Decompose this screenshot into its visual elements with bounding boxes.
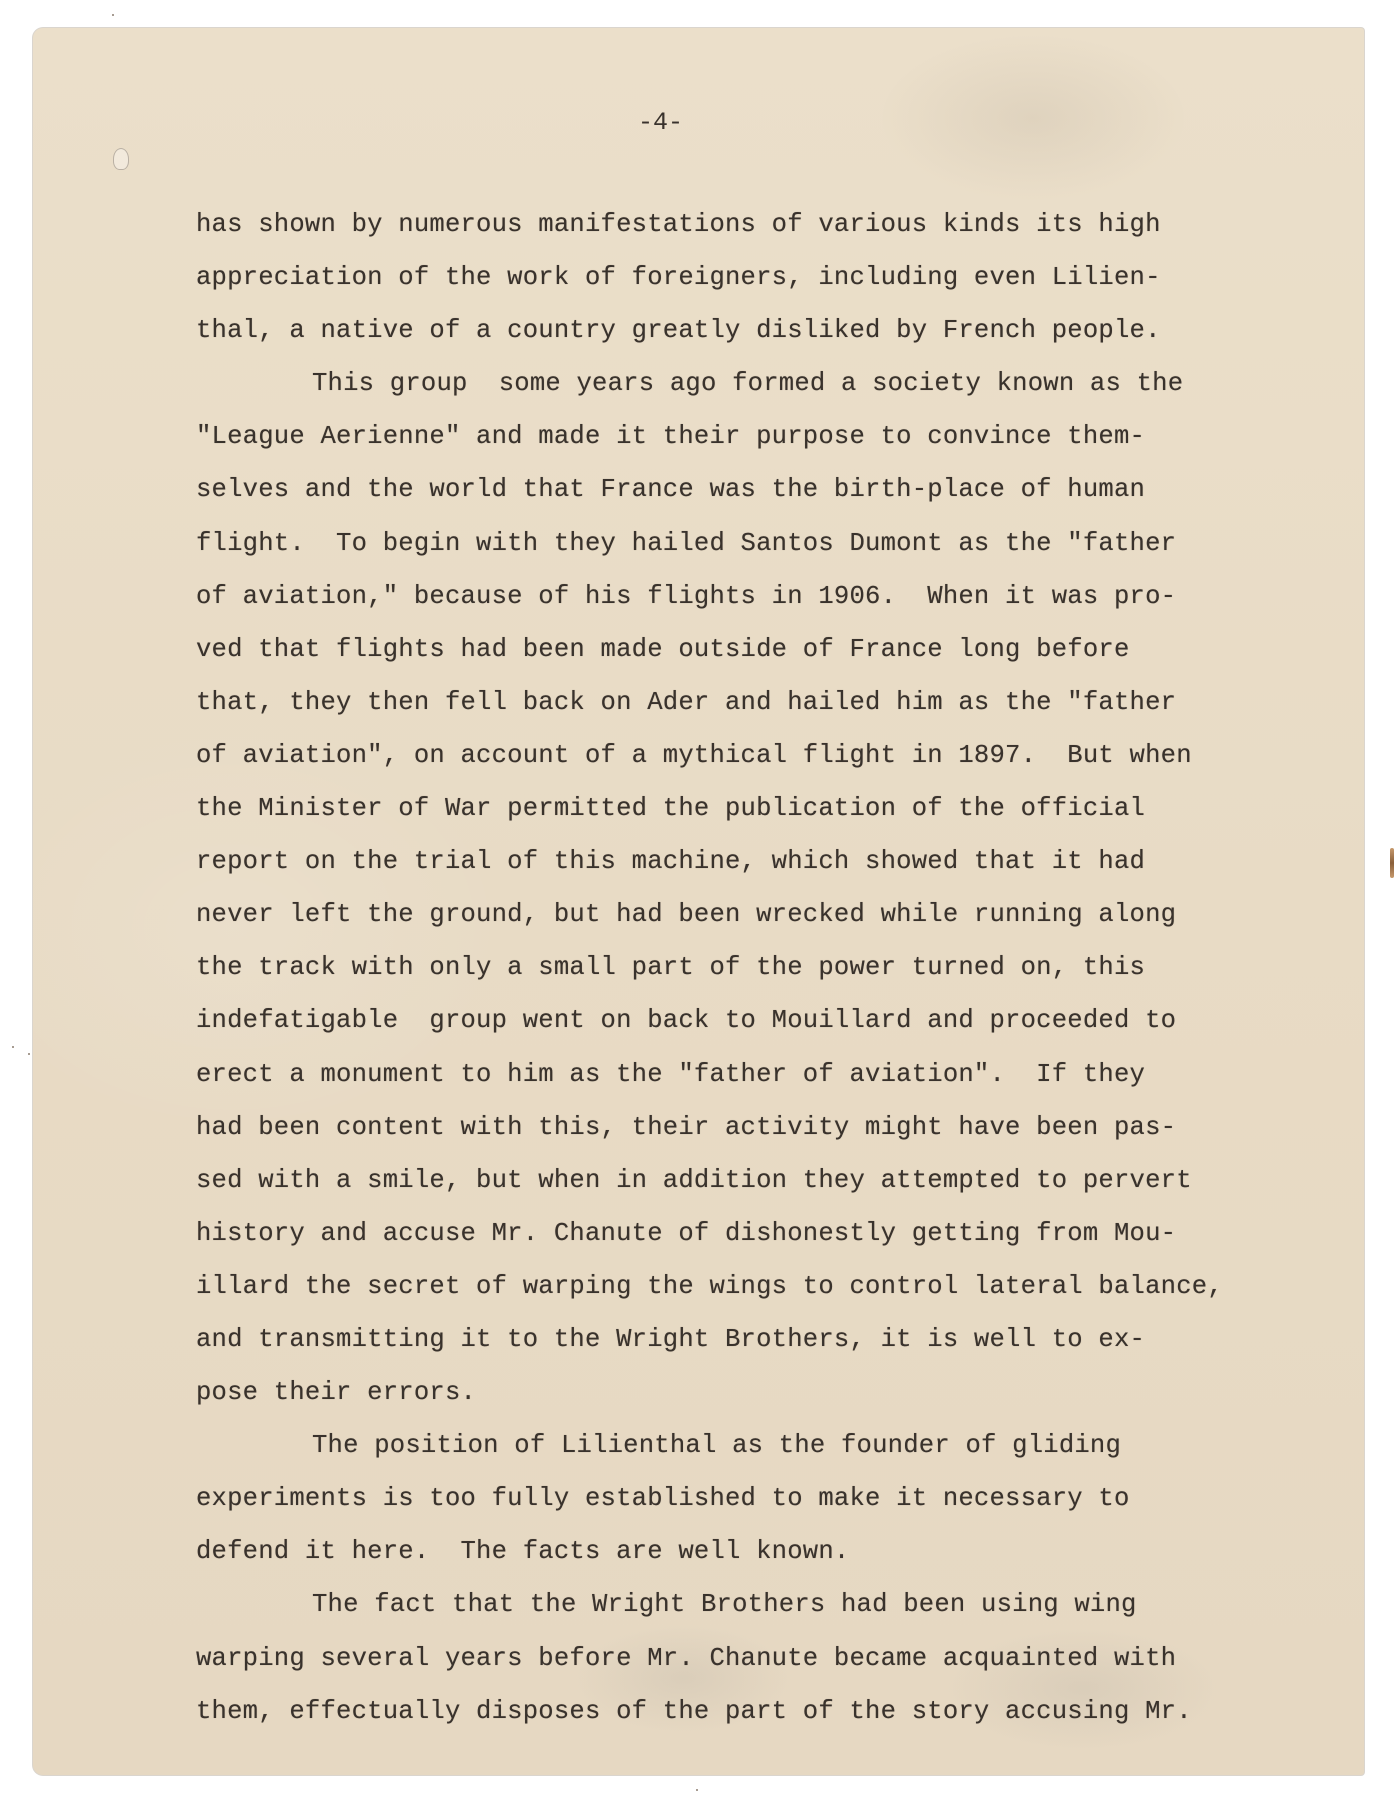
text-line: The position of Lilienthal as the founde… [196, 1419, 1316, 1472]
text-line: defend it here. The facts are well known… [196, 1525, 1316, 1578]
speck [12, 1046, 14, 1048]
text-line: of aviation", on account of a mythical f… [196, 729, 1316, 782]
paper-blemish [113, 148, 129, 170]
text-line: indefatigable group went on back to Moui… [196, 994, 1316, 1047]
text-line: selves and the world that France was the… [196, 463, 1316, 516]
stray-mark [1390, 848, 1394, 878]
body-text: has shown by numerous manifestations of … [196, 198, 1316, 1738]
text-line: ved that flights had been made outside o… [196, 623, 1316, 676]
text-line: them, effectually disposes of the part o… [196, 1685, 1316, 1738]
text-line: never left the ground, but had been wrec… [196, 888, 1316, 941]
speck [696, 1789, 698, 1791]
text-line: experiments is too fully established to … [196, 1472, 1316, 1525]
text-line: flight. To begin with they hailed Santos… [196, 517, 1316, 570]
text-line: This group some years ago formed a socie… [196, 357, 1316, 410]
text-line: the Minister of War permitted the public… [196, 782, 1316, 835]
text-line: of aviation," because of his flights in … [196, 570, 1316, 623]
text-line: that, they then fell back on Ader and ha… [196, 676, 1316, 729]
text-line: thal, a native of a country greatly disl… [196, 304, 1316, 357]
text-line: erect a monument to him as the "father o… [196, 1048, 1316, 1101]
page-number: -4- [638, 108, 683, 137]
speck [112, 14, 114, 16]
text-line: The fact that the Wright Brothers had be… [196, 1578, 1316, 1631]
speck [28, 1053, 30, 1055]
text-line: has shown by numerous manifestations of … [196, 198, 1316, 251]
text-line: "League Aerienne" and made it their purp… [196, 410, 1316, 463]
text-line: report on the trial of this machine, whi… [196, 835, 1316, 888]
text-line: illard the secret of warping the wings t… [196, 1260, 1316, 1313]
text-line: appreciation of the work of foreigners, … [196, 251, 1316, 304]
text-line: sed with a smile, but when in addition t… [196, 1154, 1316, 1207]
text-line: and transmitting it to the Wright Brothe… [196, 1313, 1316, 1366]
text-line: had been content with this, their activi… [196, 1101, 1316, 1154]
typewritten-page: -4- has shown by numerous manifestations… [33, 28, 1364, 1775]
text-line: pose their errors. [196, 1366, 1316, 1419]
text-line: warping several years before Mr. Chanute… [196, 1632, 1316, 1685]
text-line: history and accuse Mr. Chanute of dishon… [196, 1207, 1316, 1260]
text-line: the track with only a small part of the … [196, 941, 1316, 994]
